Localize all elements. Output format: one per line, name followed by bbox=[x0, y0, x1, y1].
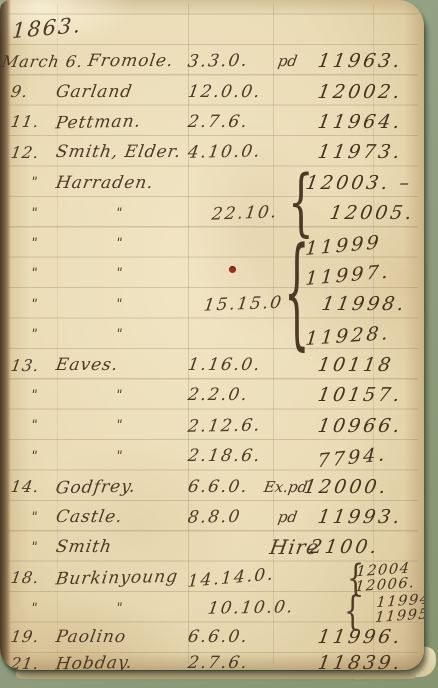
ledger-amount: 2.12.6. bbox=[186, 415, 279, 437]
ledger-name: Castle. bbox=[48, 507, 189, 527]
ledger-number-line2: 11995. bbox=[374, 606, 424, 625]
ledger-number: 12005. bbox=[328, 202, 421, 224]
ledger-amount: 15.15.0 bbox=[203, 293, 296, 316]
ledger-number: 11973. bbox=[316, 141, 421, 163]
ledger-number-line1: 2100. bbox=[308, 536, 421, 558]
ledger-name: Burkinyoung bbox=[48, 566, 189, 589]
ledger-amount: 4.10.0. bbox=[186, 142, 279, 164]
ledger-name: " bbox=[49, 449, 189, 464]
ledger-number-line1: 12005. bbox=[328, 202, 421, 224]
ledger-name: Godfrey. bbox=[48, 475, 189, 498]
ledger-row: March 6. Fromole. 3.3.0. pd 11963. bbox=[0, 46, 420, 76]
ledger-number: 12004 12006. bbox=[354, 561, 421, 594]
ledger-row: " " 2.2.0. 10157. bbox=[0, 380, 420, 410]
ledger-number: 10118 bbox=[316, 354, 421, 376]
ledger-number: 12002. bbox=[316, 81, 421, 103]
ledger-amount: 10.10.0. bbox=[206, 597, 299, 619]
ledger-row: " Castle. 8.8.0 pd 11993. bbox=[0, 502, 420, 532]
ledger-name: " bbox=[49, 327, 189, 342]
ledger-date: 12. bbox=[0, 143, 52, 162]
ledger-number-line1: 11928. bbox=[305, 320, 422, 350]
group-brace: { bbox=[284, 232, 310, 353]
ledger-number-line1: 11998. bbox=[320, 293, 421, 315]
ledger-row: " Harraden. 12003. – bbox=[0, 168, 420, 198]
red-ink-dot bbox=[229, 266, 236, 273]
ledger-number-line1: 11999 bbox=[305, 228, 422, 260]
ledger-name: " bbox=[49, 387, 189, 405]
ledger-number: 11963. bbox=[316, 50, 421, 72]
ledger-date: " bbox=[0, 418, 51, 433]
ledger-name: Paolino bbox=[48, 627, 189, 647]
ledger-row: " " 11997. bbox=[0, 259, 420, 289]
ledger-amount: 3.3.0. bbox=[186, 50, 279, 72]
ledger-number-line1: 11993. bbox=[316, 506, 421, 528]
ledger-number: 10966. bbox=[316, 415, 421, 437]
ledger-date: " bbox=[0, 327, 51, 342]
ledger-number: 12003. – bbox=[304, 172, 421, 194]
ledger-amount: 1.16.0. bbox=[186, 355, 279, 375]
ledger-row: 14. Godfrey. 6.6.0. Ex.pd 12000. bbox=[0, 471, 420, 501]
ledger-row: 12. Smith, Elder. 4.10.0. 11973. bbox=[0, 137, 420, 167]
ledger-number: 7794. bbox=[317, 440, 421, 473]
ledger-number: 11993. bbox=[316, 506, 421, 528]
ledger-number: 11964. bbox=[316, 111, 421, 133]
ledger-date: " bbox=[0, 601, 51, 616]
ledger-name: Eaves. bbox=[48, 355, 189, 375]
ledger-date: 21. bbox=[0, 654, 52, 670]
ledger-row: 21. Hobday. 2.7.6. 11839. bbox=[0, 650, 420, 670]
ledger-row: " " 2.18.6. 7794. bbox=[0, 441, 420, 471]
ledger-note: pd bbox=[277, 508, 320, 526]
ledger-number-line1: 12002. bbox=[316, 81, 421, 103]
ledger-date: " bbox=[0, 297, 51, 312]
ledger-number: 11996. bbox=[316, 626, 421, 648]
ledger-name: " bbox=[49, 236, 189, 251]
ledger-page: 1863. March 6. Fromole. 3.3.0. pd 11963.… bbox=[0, 0, 424, 670]
ledger-name: " bbox=[49, 266, 189, 281]
ledger-name: Hobday. bbox=[48, 652, 189, 670]
ledger-date: " bbox=[0, 388, 51, 403]
ledger-number-line1: 7794. bbox=[317, 440, 421, 473]
ledger-date: " bbox=[0, 540, 51, 555]
ledger-number: 11999 bbox=[305, 228, 422, 260]
ledger-date: " bbox=[0, 266, 51, 281]
ledger-name: Pettman. bbox=[48, 111, 189, 134]
ledger-date: " bbox=[0, 175, 51, 190]
ledger-date: 13. bbox=[0, 356, 52, 375]
ledger-date: " bbox=[0, 236, 51, 251]
ledger-name: Smith bbox=[48, 537, 189, 557]
ledger-row: " " 22.10. 12005. bbox=[0, 198, 420, 228]
ledger-row: " " 11999 bbox=[0, 228, 420, 258]
ledger-name: Harraden. bbox=[48, 173, 189, 193]
ledger-note: Ex.pd bbox=[263, 478, 306, 496]
ledger-date: 14. bbox=[0, 477, 52, 496]
ledger-date: 11. bbox=[0, 112, 52, 131]
ledger-number-line1: 10157. bbox=[316, 384, 421, 406]
ledger-amount: 2.7.6. bbox=[186, 112, 279, 132]
ledger-name: Fromole. bbox=[48, 51, 189, 71]
ledger-amount bbox=[188, 243, 278, 245]
ledger-number: 11998. bbox=[320, 293, 421, 315]
ledger-row: " " 2.12.6. 10966. bbox=[0, 411, 420, 441]
ledger-number-line1: 12000. bbox=[302, 476, 421, 498]
ledger-number: 11997. bbox=[305, 258, 422, 290]
ledger-row: " " 11928. bbox=[0, 320, 420, 350]
ledger-number: 12000. bbox=[302, 476, 421, 498]
ledger-date: 9. bbox=[0, 82, 52, 101]
ledger-row: 11. Pettman. 2.7.6. 11964. bbox=[0, 107, 420, 137]
ledger-number: 10157. bbox=[316, 384, 421, 406]
ledger-number-line1: 11963. bbox=[316, 50, 421, 72]
ledger-number-line1: 10966. bbox=[316, 415, 421, 437]
ledger-date: 19. bbox=[0, 627, 52, 646]
ledger-number-line1: 12003. – bbox=[304, 172, 421, 194]
ledger-note: Hire bbox=[268, 535, 312, 559]
ledger-name: " bbox=[49, 204, 189, 222]
ledger-number: 2100. bbox=[308, 536, 421, 558]
group-brace: { bbox=[344, 592, 361, 633]
ledger-amount: 12.0.0. bbox=[186, 82, 279, 102]
ledger-name: " bbox=[49, 418, 189, 433]
ledger-name: " bbox=[49, 601, 189, 616]
ledger-row: " " 15.15.0 11998. bbox=[0, 289, 420, 319]
ledger-amount: 8.8.0 bbox=[186, 506, 279, 528]
ledger-number: 11839. bbox=[316, 652, 421, 670]
ledger-date: 18. bbox=[0, 568, 52, 587]
ledger-amount: 6.6.0. bbox=[186, 627, 279, 647]
ledger-amount: 2.2.0. bbox=[186, 385, 279, 405]
ledger-name: " bbox=[49, 295, 189, 313]
ledger-amount bbox=[188, 334, 278, 336]
ledger-number: 11928. bbox=[305, 320, 422, 350]
underlying-page-edge bbox=[16, 671, 416, 679]
ledger-note: pd bbox=[277, 52, 320, 70]
ledger-amount: 14.14.0. bbox=[187, 564, 279, 592]
ledger-number: 11994 11995. bbox=[374, 592, 424, 625]
ledger-number-line1: 11996. bbox=[316, 626, 421, 648]
ledger-date: " bbox=[0, 206, 51, 221]
ledger-name: Garland bbox=[48, 82, 189, 102]
ledger-number-line1: 11973. bbox=[316, 141, 421, 163]
ledger-amount: 2.18.6. bbox=[186, 446, 279, 466]
ledger-number-line1: 11839. bbox=[316, 652, 421, 670]
ledger-date: " bbox=[0, 510, 51, 525]
ledger-row: 9. Garland 12.0.0. 12002. bbox=[0, 76, 420, 106]
ledger-number-line1: 11964. bbox=[316, 111, 421, 133]
ledger-date: March 6. bbox=[0, 52, 52, 71]
ledger-number-line2: 12006. bbox=[354, 576, 420, 595]
scanned-ledger-scene: 1863. March 6. Fromole. 3.3.0. pd 11963.… bbox=[0, 0, 438, 688]
ledger-number-line1: 11997. bbox=[305, 258, 422, 290]
ledger-date: " bbox=[0, 449, 51, 464]
ledger-number-line1: 10118 bbox=[316, 354, 421, 376]
ledger-amount: 2.7.6. bbox=[186, 653, 279, 670]
ledger-name: Smith, Elder. bbox=[48, 142, 189, 162]
ledger-row: 13. Eaves. 1.16.0. 10118 bbox=[0, 350, 420, 380]
